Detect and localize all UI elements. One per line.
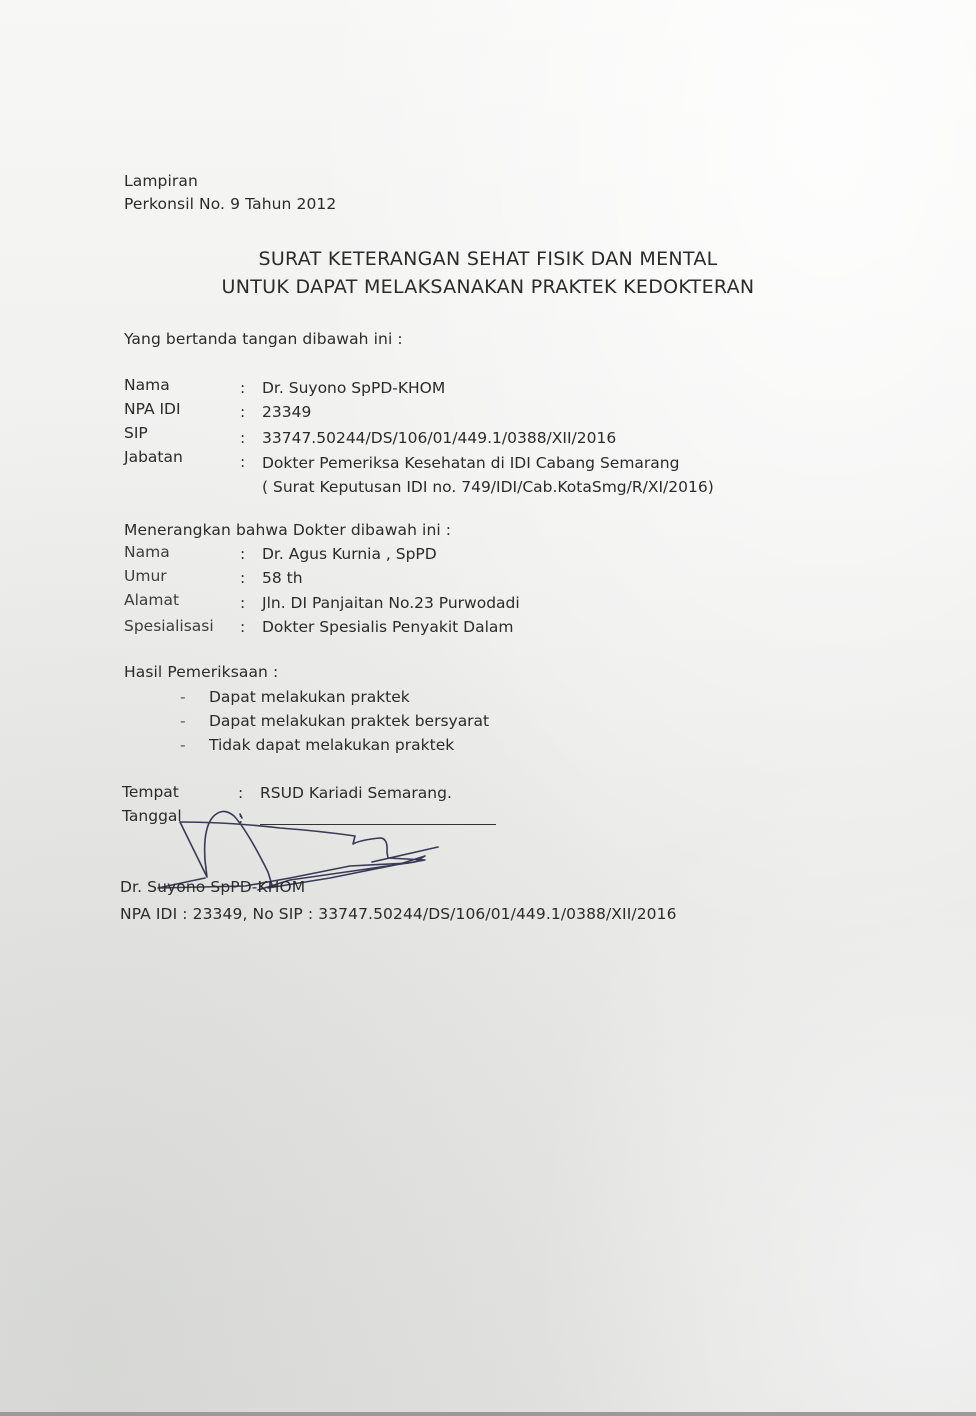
subject-specialization-value: Dokter Spesialis Penyakit Dalam — [262, 617, 513, 637]
result-option: Dapat melakukan praktek — [209, 687, 410, 707]
signer-name-label: Nama — [124, 375, 170, 395]
signer-intro: Yang bertanda tangan dibawah ini : — [124, 329, 403, 349]
colon: : — [240, 428, 245, 448]
signer-name-value: Dr. Suyono SpPD-KHOM — [262, 378, 445, 398]
bullet-dash: - — [180, 711, 186, 731]
subject-name-value: Dr. Agus Kurnia , SpPD — [262, 544, 437, 564]
paper-edge — [0, 1412, 976, 1416]
signer-npa-label: NPA IDI — [124, 399, 181, 419]
colon: : — [240, 544, 245, 564]
results-heading: Hasil Pemeriksaan : — [124, 662, 278, 682]
subject-address-label: Alamat — [124, 590, 179, 610]
subject-specialization-label: Spesialisasi — [124, 616, 214, 636]
attachment-label: Lampiran — [124, 171, 198, 191]
signer-position-label: Jabatan — [124, 447, 183, 467]
subject-age-label: Umur — [124, 566, 167, 586]
regulation-reference: Perkonsil No. 9 Tahun 2012 — [124, 194, 336, 214]
subject-address-value: Jln. DI Panjaitan No.23 Purwodadi — [262, 593, 520, 613]
colon: : — [240, 593, 245, 613]
bullet-dash: - — [180, 687, 186, 707]
colon: : — [240, 402, 245, 422]
subject-age-value: 58 th — [262, 568, 303, 588]
signer-npa-value: 23349 — [262, 402, 311, 422]
bullet-dash: - — [180, 735, 186, 755]
signer-position-value: Dokter Pemeriksa Kesehatan di IDI Cabang… — [262, 453, 679, 473]
subject-name-label: Nama — [124, 542, 170, 562]
colon: : — [240, 452, 245, 472]
signer-sip-value: 33747.50244/DS/106/01/449.1/0388/XII/201… — [262, 428, 616, 448]
signatory-name: Dr. Suyono SpPD-KHOM — [120, 877, 305, 897]
colon: : — [240, 378, 245, 398]
colon: : — [240, 617, 245, 637]
colon: : — [240, 568, 245, 588]
result-option: Dapat melakukan praktek bersyarat — [209, 711, 489, 731]
signatory-credentials: NPA IDI : 23349, No SIP : 33747.50244/DS… — [120, 904, 677, 924]
signer-sip-label: SIP — [124, 423, 148, 443]
document-title-line-2: UNTUK DAPAT MELAKSANAKAN PRAKTEK KEDOKTE… — [0, 276, 976, 298]
signer-decree-reference: ( Surat Keputusan IDI no. 749/IDI/Cab.Ko… — [262, 477, 714, 497]
place-label: Tempat — [122, 782, 179, 802]
result-option: Tidak dapat melakukan praktek — [209, 735, 454, 755]
document-title-line-1: SURAT KETERANGAN SEHAT FISIK DAN MENTAL — [0, 248, 976, 270]
subject-intro: Menerangkan bahwa Dokter dibawah ini : — [124, 520, 451, 540]
